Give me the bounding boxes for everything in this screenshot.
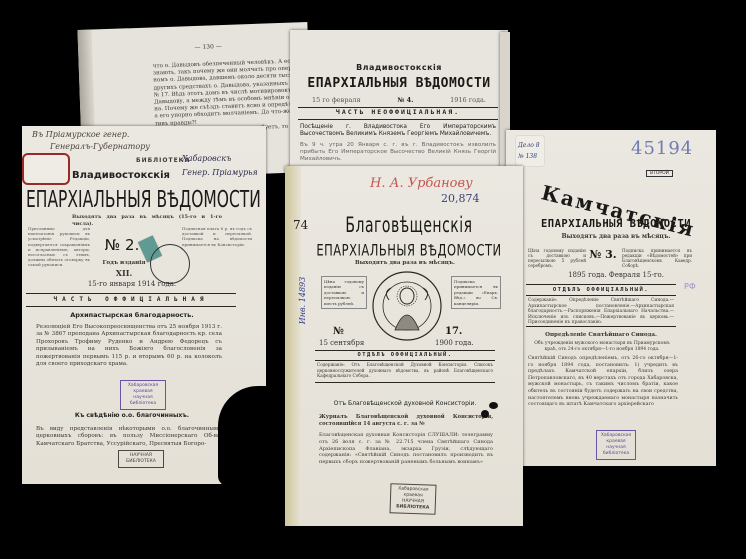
issue-date: 15 сентября <box>319 340 379 347</box>
city-name: Владивостокскія <box>72 170 192 182</box>
city-name: Владивостокскія <box>290 64 508 71</box>
issue-number: № 3. <box>588 248 618 262</box>
headline: Къ свѣдѣнію о.о. благочинныхъ. <box>42 412 222 419</box>
archive-label-line: Дело 8 <box>518 142 540 149</box>
library-stamp: Хабаровская краевая научная библіотека <box>120 380 166 410</box>
handwritten-signature: Генер. Пріамурья <box>182 168 258 177</box>
handwritten-address: Генералъ-Губернатору <box>50 142 150 151</box>
body-text: Въ виду представленія нѣкоторыми о.о. бл… <box>36 426 222 448</box>
subheadline: Объ учрежденіи мужского монастыря въ При… <box>532 341 672 352</box>
headline: Отъ Благовѣщенской духовной Консисторіи. <box>315 400 495 407</box>
torn-corner <box>218 386 266 484</box>
body-text: Святѣйшій Синодъ опредѣленіемъ, отъ 26-г… <box>528 356 678 409</box>
rf-mark: РФ <box>682 282 698 292</box>
issue-line: 15 го февраля № 4. 1916 года. <box>312 96 486 104</box>
inventory-number: 20,874 <box>441 192 480 205</box>
blagoveshchensk-newspaper: Н. А. Урбанову 20,874 74 Инв. 14893 Благ… <box>285 166 523 526</box>
city-name: Благовѣщенскія <box>309 214 509 238</box>
issue-date: 15-го января 1914 года. <box>42 281 222 288</box>
section-heading: ЧАСТЬ НЕОФФИЦІАЛЬНАЯ. <box>298 109 498 116</box>
icon-image <box>371 270 443 342</box>
albazin-icon-emblem <box>371 270 443 342</box>
journal-title: ЕПАРХІАЛЬНЫЯ ВѢДОМОСТИ <box>526 218 706 230</box>
contents: Содержаніе: Отъ Благовѣщенской Духовной … <box>317 362 493 379</box>
issue-year: 1900 года. <box>435 340 495 347</box>
section-heading: ОТДѢЛЪ ОФФИЦІАЛЬНЫЙ. <box>315 352 495 359</box>
handwritten-signature: Хабаровскъ <box>182 154 231 163</box>
stamp-line: БИБЛІОТЕКА <box>121 459 161 465</box>
headline: Опредѣленіе Святѣйшаго Синода. <box>526 332 676 339</box>
divider <box>298 119 498 120</box>
open-journal-right-page: Владивостокскія ЕПАРХІАЛЬНЫЯ ВѢДОМОСТИ 1… <box>290 30 508 170</box>
headline: Посѣщеніе г. Владивостока Его Императорс… <box>300 124 496 138</box>
notice-column: Присланные для напечатанія рукописи въ у… <box>28 226 90 268</box>
stamp-line: краевая научная <box>123 389 163 401</box>
year-number: XII. <box>84 268 164 278</box>
kamchatka-newspaper: Дело 8 № 138 45194 ВТОРОЙ Камчатскія ЕПА… <box>506 130 716 466</box>
body-text: Резолюціей Его Высокопреосвященства отъ … <box>36 324 222 368</box>
headline: Архипастырская благодарность. <box>42 312 222 319</box>
ink-spot <box>481 410 489 418</box>
divider <box>315 350 495 351</box>
divider <box>526 326 676 327</box>
issue-number: 17. <box>445 326 475 338</box>
red-label <box>22 153 70 185</box>
margin-number: 74 <box>293 218 308 232</box>
frequency: Выходятъ два раза въ мѣсяцъ. <box>526 233 706 240</box>
journal-title: ЕПАРХІАЛЬНЫЯ ВѢДОМОСТИ <box>309 240 509 260</box>
year-label: Годъ изданія <box>84 260 164 267</box>
vertical-note: Инв. 14893 <box>298 277 307 324</box>
divider <box>315 382 495 383</box>
library-stamp: Хабаровская краевая научная библіотека <box>596 430 636 460</box>
year-badge: ВТОРОЙ <box>646 170 673 177</box>
journal-title: ЕПАРХІАЛЬНЫЯ ВѢДОМОСТИ <box>290 76 508 91</box>
section-heading: ОТДѢЛЪ ОФФИЦІАЛЬНЫЙ. <box>526 287 676 294</box>
price-box: Цѣна годовому изданію съ доставкою и пер… <box>528 248 586 268</box>
inventory-number: 45194 <box>631 138 693 159</box>
issue-date: 15 го февраля <box>312 96 361 104</box>
archive-label: Дело 8 № 138 <box>516 136 544 166</box>
stamp-line: краевая научная <box>599 439 633 451</box>
library-stamp: Хабаровская краевая НАУЧНАЯ БИБЛІОТЕКА <box>389 483 436 515</box>
contents: Содержаніе: Опредѣленіе Святѣйшаго Синод… <box>528 298 674 326</box>
subscription-box: Подписка принимается въ редакціи «Вѣдомо… <box>622 248 692 268</box>
archive-label-line: № 138 <box>518 153 537 160</box>
stamp-line: библіотека <box>599 451 633 457</box>
divider <box>26 306 236 307</box>
price-box: Цѣна годовому изданію съ доставкою и пер… <box>321 276 367 309</box>
issue-year: 1916 года. <box>450 96 486 104</box>
divider <box>526 295 676 296</box>
library-stamp: НАУЧНАЯ БИБЛІОТЕКА <box>118 450 164 468</box>
subscription-column: Подписная плата 6 р. въ годъ съ доставко… <box>182 226 252 247</box>
issue-date: 1895 года. Февраля 15-го. <box>526 272 706 279</box>
journal-title: ЕПАРХІАЛЬНЫЯ ВѢДОМОСТИ <box>26 186 261 213</box>
issue-sign: № <box>333 326 353 338</box>
divider <box>526 284 676 285</box>
stamp-line: библіотека <box>123 401 163 407</box>
ink-spot <box>489 402 498 409</box>
divider <box>26 293 236 294</box>
divider <box>315 360 495 361</box>
page-number: — 130 — <box>178 42 238 51</box>
subheadline: Журналъ Благовѣщенской духовной Консисто… <box>319 414 493 428</box>
section-heading: ЧАСТЬ ОФФИЦІАЛЬНАЯ <box>26 296 236 303</box>
subscription-box: Подписка принимается въ редакціи «Епарх.… <box>451 276 501 309</box>
handwritten-dedication: Н. А. Урбанову <box>370 176 473 191</box>
body-text: Благовѣщенская духовная Консисторія СЛУШ… <box>319 432 493 466</box>
frequency: Выходятъ два раза въ мѣсяцъ. <box>315 260 495 267</box>
stamp-line: БИБЛІОТЕКА <box>393 504 433 511</box>
vladivostok-newspaper: Въ Пріамурское генер. Генералъ-Губернато… <box>22 126 266 484</box>
handwritten-address: Въ Пріамурское генер. <box>32 130 129 139</box>
issue-number: № 4. <box>397 96 413 104</box>
body-text: Въ 9 ч. утра 20 Января с. г. въ г. Влади… <box>300 142 496 164</box>
